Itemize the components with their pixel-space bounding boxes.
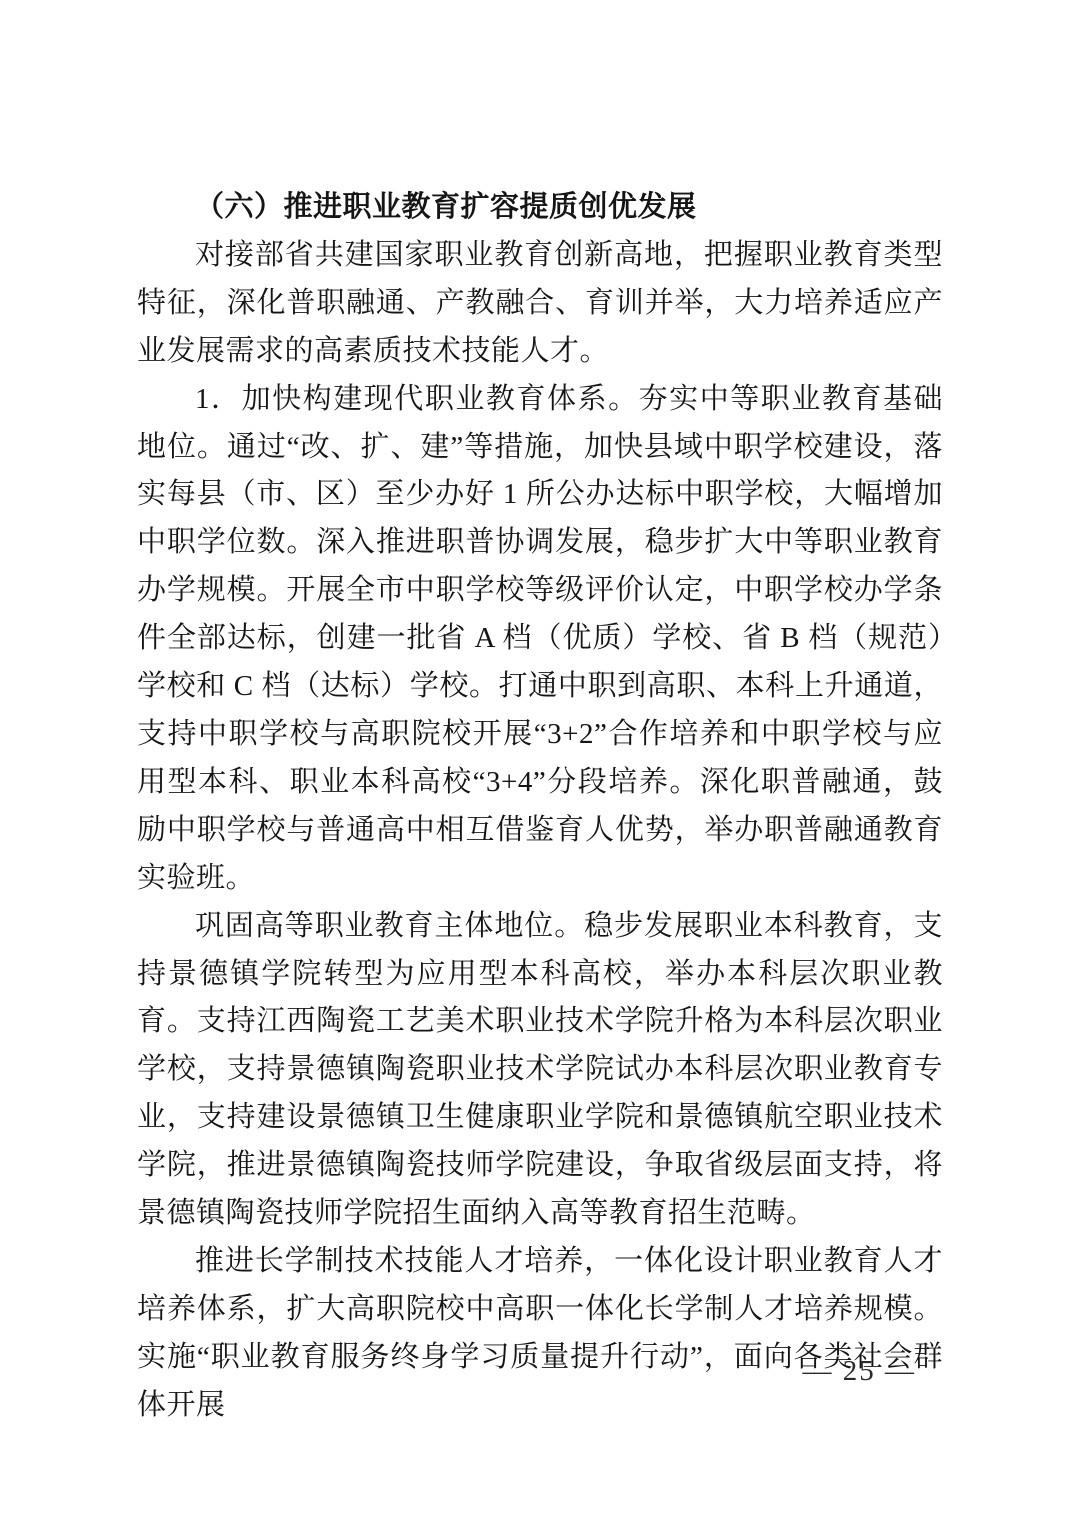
page-number: — 25 — bbox=[803, 1355, 917, 1388]
document-body: （六）推进职业教育扩容提质创优发展 对接部省共建国家职业教育创新高地，把握职业教… bbox=[137, 184, 943, 1430]
paragraph-long-schooling: 推进长学制技术技能人才培养，一体化设计职业教育人才培养体系，扩大高职院校中高职一… bbox=[137, 1238, 943, 1430]
section-heading: （六）推进职业教育扩容提质创优发展 bbox=[137, 184, 943, 232]
paragraph-higher-vocational: 巩固高等职业教育主体地位。稳步发展职业本科教育，支持景德镇学院转型为应用型本科高… bbox=[137, 903, 943, 1238]
paragraph-modern-vocational-system: 1．加快构建现代职业教育体系。夯实中等职业教育基础地位。通过“改、扩、建”等措施… bbox=[137, 376, 943, 903]
paragraph-intro: 对接部省共建国家职业教育创新高地，把握职业教育类型特征，深化普职融通、产教融合、… bbox=[137, 232, 943, 376]
document-page: （六）推进职业教育扩容提质创优发展 对接部省共建国家职业教育创新高地，把握职业教… bbox=[0, 0, 1074, 1520]
